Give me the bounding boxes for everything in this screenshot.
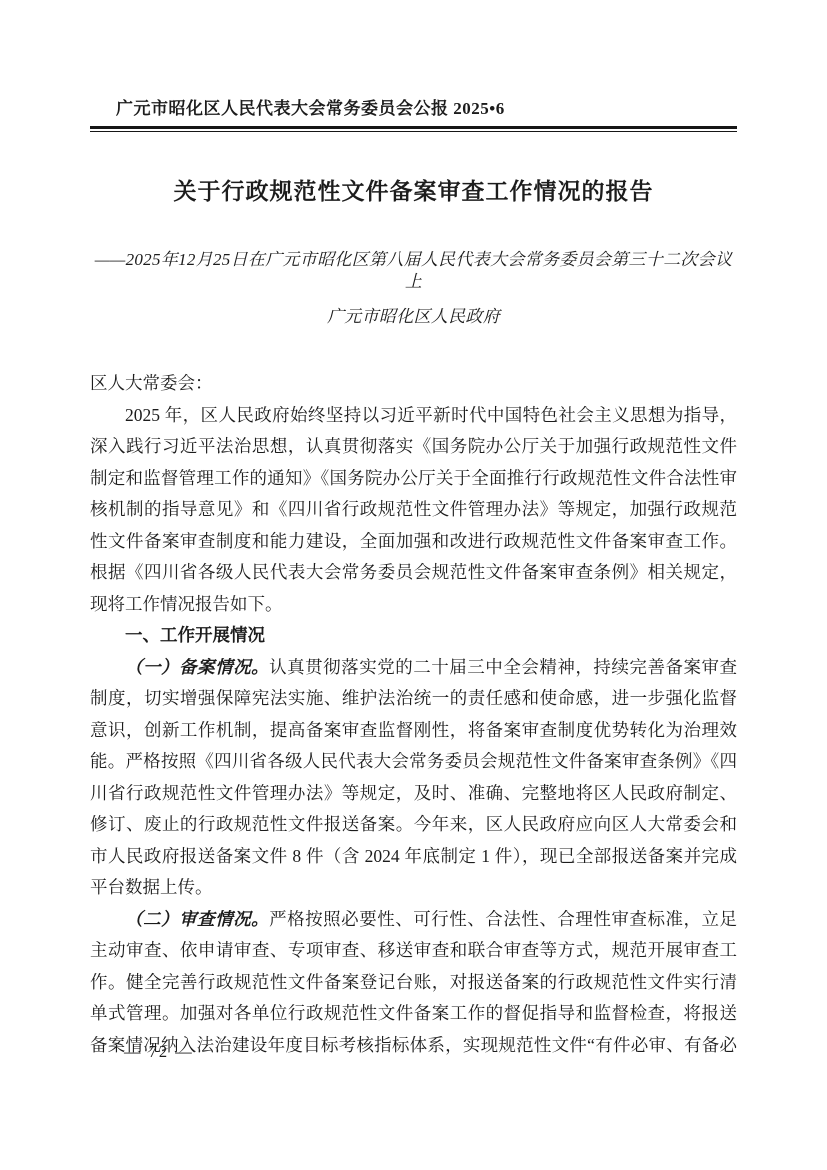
page-content: 广元市昭化区人民代表大会常务委员会公报 2025•6 关于行政规范性文件备案审查…: [90, 0, 737, 1062]
subtitle-author-line: 广元市昭化区人民政府: [90, 306, 737, 328]
document-body: 区人大常委会： 2025 年，区人民政府始终坚持以习近平新时代中国特色社会主义思…: [90, 368, 737, 1062]
salutation: 区人大常委会：: [90, 368, 737, 400]
page-number: — 72 —: [124, 1042, 194, 1062]
header-double-rule: [90, 126, 737, 132]
bulletin-masthead: 广元市昭化区人民代表大会常务委员会公报 2025•6: [90, 0, 737, 118]
paragraph-record-text: 认真贯彻落实党的二十届三中全会精神，持续完善备案审查制度，切实增强保障宪法实施、…: [90, 657, 737, 898]
section-heading-work-progress: 一、工作开展情况: [90, 620, 737, 652]
paragraph-review-lead: （二）审查情况。: [125, 909, 269, 929]
paragraph-record-lead: （一）备案情况。: [125, 657, 269, 677]
paragraph-review-clipped-region: （二）审查情况。严格按照必要性、可行性、合法性、合理性审查标准，立足主动审查、依…: [90, 904, 737, 1062]
paragraph-review-text: 严格按照必要性、可行性、合法性、合理性审查标准，立足主动审查、依申请审查、专项审…: [90, 909, 737, 1062]
paragraph-intro: 2025 年，区人民政府始终坚持以习近平新时代中国特色社会主义思想为指导，深入践…: [90, 400, 737, 621]
subtitle-meeting-line: ——2025年12月25日在广元市昭化区第八届人民代表大会常务委员会第三十二次会…: [90, 249, 737, 293]
paragraph-review-status: （二）审查情况。严格按照必要性、可行性、合法性、合理性审查标准，立足主动审查、依…: [90, 904, 737, 1062]
document-page: 广元市昭化区人民代表大会常务委员会公报 2025•6 关于行政规范性文件备案审查…: [0, 0, 827, 1062]
document-title: 关于行政规范性文件备案审查工作情况的报告: [90, 178, 737, 206]
paragraph-record-status: （一）备案情况。认真贯彻落实党的二十届三中全会精神，持续完善备案审查制度，切实增…: [90, 652, 737, 904]
